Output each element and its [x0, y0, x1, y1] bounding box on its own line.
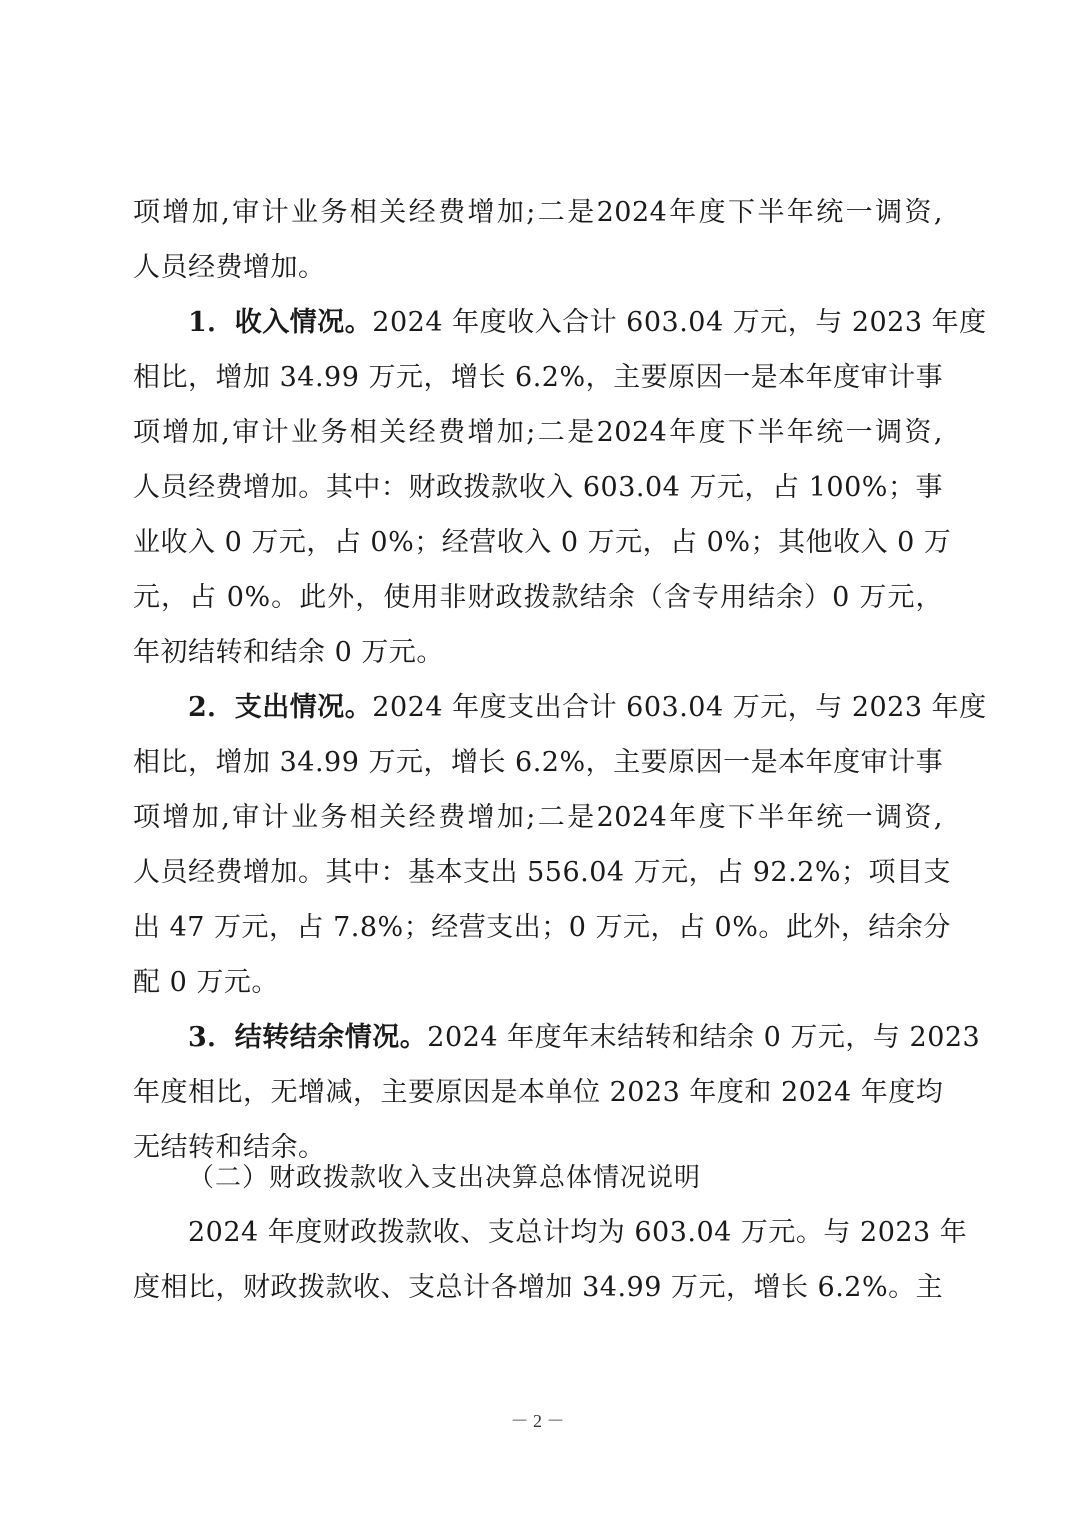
paragraph-line: 出 47 万元，占 7.8%；经营支出；0 万元，占 0%。此外，结余分 — [133, 908, 943, 948]
paragraph-text: 2024 年度支出合计 603.04 万元，与 2023 年度 — [372, 692, 986, 723]
paragraph-line: 项增加,审计业务相关经费增加;二是2024年度下半年统一调资, — [133, 798, 943, 838]
document-page: 项增加,审计业务相关经费增加;二是2024年度下半年统一调资, 人员经费增加。 … — [0, 0, 1075, 1520]
page-number: － 2 － — [0, 1407, 1075, 1433]
section-heading-income: 1．收入情况。 — [188, 307, 372, 338]
paragraph-line: 2024 年度财政拨款收、支总计均为 603.04 万元。与 2023 年 — [188, 1213, 943, 1253]
paragraph-text: 2024 年度收入合计 603.04 万元，与 2023 年度 — [372, 307, 986, 338]
section-heading-expense: 2．支出情况。 — [188, 692, 372, 723]
paragraph-line: 人员经费增加。其中：财政拨款收入 603.04 万元，占 100%；事 — [133, 468, 943, 508]
paragraph-line: 人员经费增加。其中：基本支出 556.04 万元，占 92.2%；项目支 — [133, 853, 943, 893]
section-heading-carryover: 3．结转结余情况。 — [188, 1022, 427, 1053]
paragraph-line: 项增加,审计业务相关经费增加;二是2024年度下半年统一调资, — [133, 193, 943, 233]
paragraph-text: 2024 年度年末结转和结余 0 万元，与 2023 — [427, 1022, 980, 1053]
subsection-heading: （二）财政拨款收入支出决算总体情况说明 — [188, 1158, 701, 1198]
section-carryover-first-line: 3．结转结余情况。2024 年度年末结转和结余 0 万元，与 2023 — [188, 1018, 943, 1058]
paragraph-line: 度相比，财政拨款收、支总计各增加 34.99 万元，增长 6.2%。主 — [133, 1268, 943, 1308]
paragraph-line: 相比，增加 34.99 万元，增长 6.2%，主要原因一是本年度审计事 — [133, 358, 943, 398]
paragraph-line: 项增加,审计业务相关经费增加;二是2024年度下半年统一调资, — [133, 413, 943, 453]
paragraph-line: 元，占 0%。此外，使用非财政拨款结余（含专用结余）0 万元， — [133, 578, 943, 618]
paragraph-line: 相比，增加 34.99 万元，增长 6.2%，主要原因一是本年度审计事 — [133, 743, 943, 783]
paragraph-line: 人员经费增加。 — [133, 248, 943, 288]
paragraph-line: 年初结转和结余 0 万元。 — [133, 633, 943, 673]
section-income-first-line: 1．收入情况。2024 年度收入合计 603.04 万元，与 2023 年度 — [188, 303, 943, 343]
paragraph-line: 业收入 0 万元，占 0%；经营收入 0 万元，占 0%；其他收入 0 万 — [133, 523, 943, 563]
paragraph-line: 配 0 万元。 — [133, 963, 943, 1003]
section-expense-first-line: 2．支出情况。2024 年度支出合计 603.04 万元，与 2023 年度 — [188, 688, 943, 728]
paragraph-line: 年度相比，无增减，主要原因是本单位 2023 年度和 2024 年度均 — [133, 1073, 943, 1113]
